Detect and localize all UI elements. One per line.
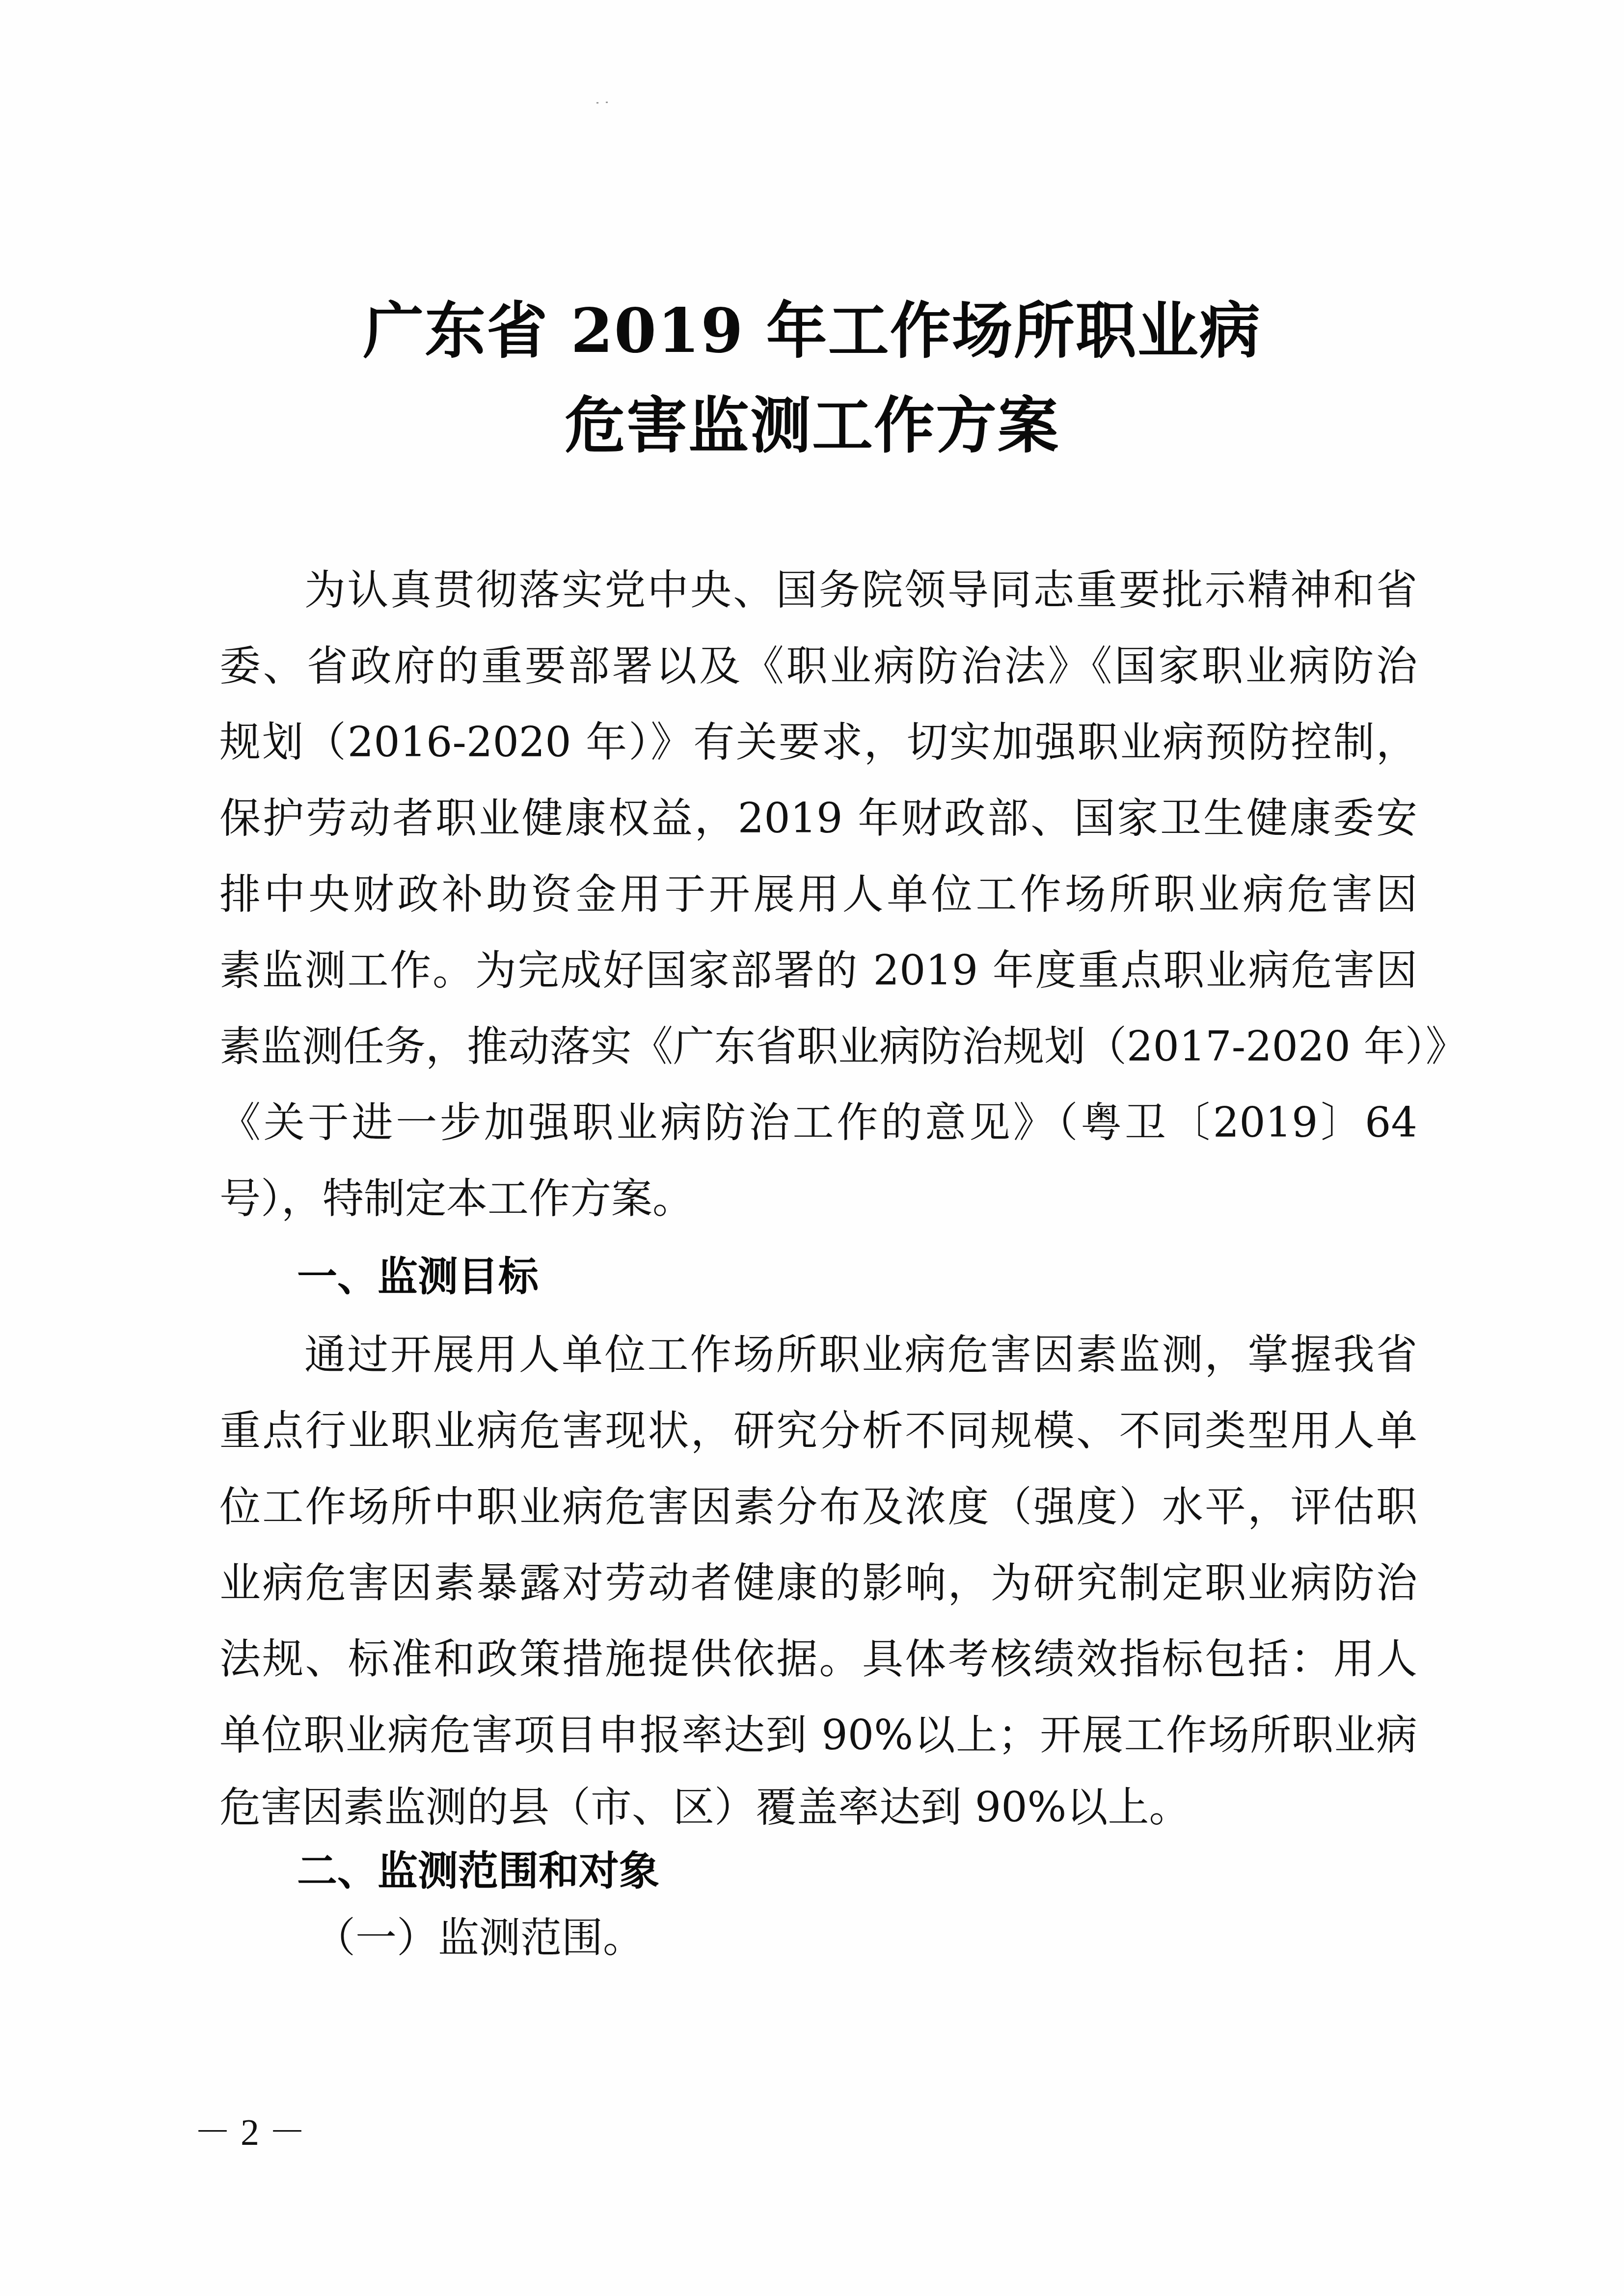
scan-speck <box>606 102 608 103</box>
page-number: － 2 － <box>194 2110 306 2155</box>
paragraph-line: 号），特制定本工作方案。 <box>219 1174 1417 1223</box>
document-page: 广东省 2019 年工作场所职业病 危害监测工作方案 为认真贯彻落实党中央、国务… <box>0 0 1624 2296</box>
paragraph-line: 危害因素监测的县（市、区）覆盖率达到 90%以上。 <box>219 1783 1417 1832</box>
paragraph-line: 重点行业职业病危害现状，研究分析不同规模、不同类型用人单 <box>219 1406 1417 1455</box>
paragraph-line: 排中央财政补助资金用于开展用人单位工作场所职业病危害因 <box>219 870 1417 919</box>
scan-speck <box>596 102 598 104</box>
subsection-heading-monitoring-scope: （一）监测范围。 <box>314 1913 644 1962</box>
paragraph-line: 素监测工作。为完成好国家部署的 2019 年度重点职业病危害因 <box>219 946 1417 995</box>
paragraph-line: 单位职业病危害项目申报率达到 90%以上；开展工作场所职业病 <box>219 1710 1417 1760</box>
paragraph-line: 《关于进一步加强职业病防治工作的意见》（粤卫〔2019〕64 <box>219 1098 1417 1147</box>
paragraph-line: 通过开展用人单位工作场所职业病危害因素监测，掌握我省 <box>304 1330 1417 1379</box>
paragraph-line: 位工作场所中职业病危害因素分布及浓度（强度）水平，评估职 <box>219 1482 1417 1531</box>
paragraph-line: 业病危害因素暴露对劳动者健康的影响，为研究制定职业病防治 <box>219 1558 1417 1607</box>
document-title-line-2: 危害监测工作方案 <box>0 389 1624 463</box>
section-heading-monitoring-goals: 一、监测目标 <box>297 1253 539 1302</box>
paragraph-line: 规划（2016-2020 年）》有关要求，切实加强职业病预防控制， <box>219 718 1417 767</box>
paragraph-line: 委、省政府的重要部署以及《职业病防治法》《国家职业病防治 <box>219 641 1417 691</box>
document-title-line-1: 广东省 2019 年工作场所职业病 <box>0 294 1624 368</box>
section-heading-scope-and-targets: 二、监测范围和对象 <box>297 1847 659 1896</box>
paragraph-line: 为认真贯彻落实党中央、国务院领导同志重要批示精神和省 <box>304 565 1417 614</box>
paragraph-line: 保护劳动者职业健康权益，2019 年财政部、国家卫生健康委安 <box>219 794 1417 843</box>
paragraph-line: 素监测任务，推动落实《广东省职业病防治规划（2017-2020 年）》 <box>219 1022 1417 1071</box>
paragraph-line: 法规、标准和政策措施提供依据。具体考核绩效指标包括：用人 <box>219 1634 1417 1683</box>
